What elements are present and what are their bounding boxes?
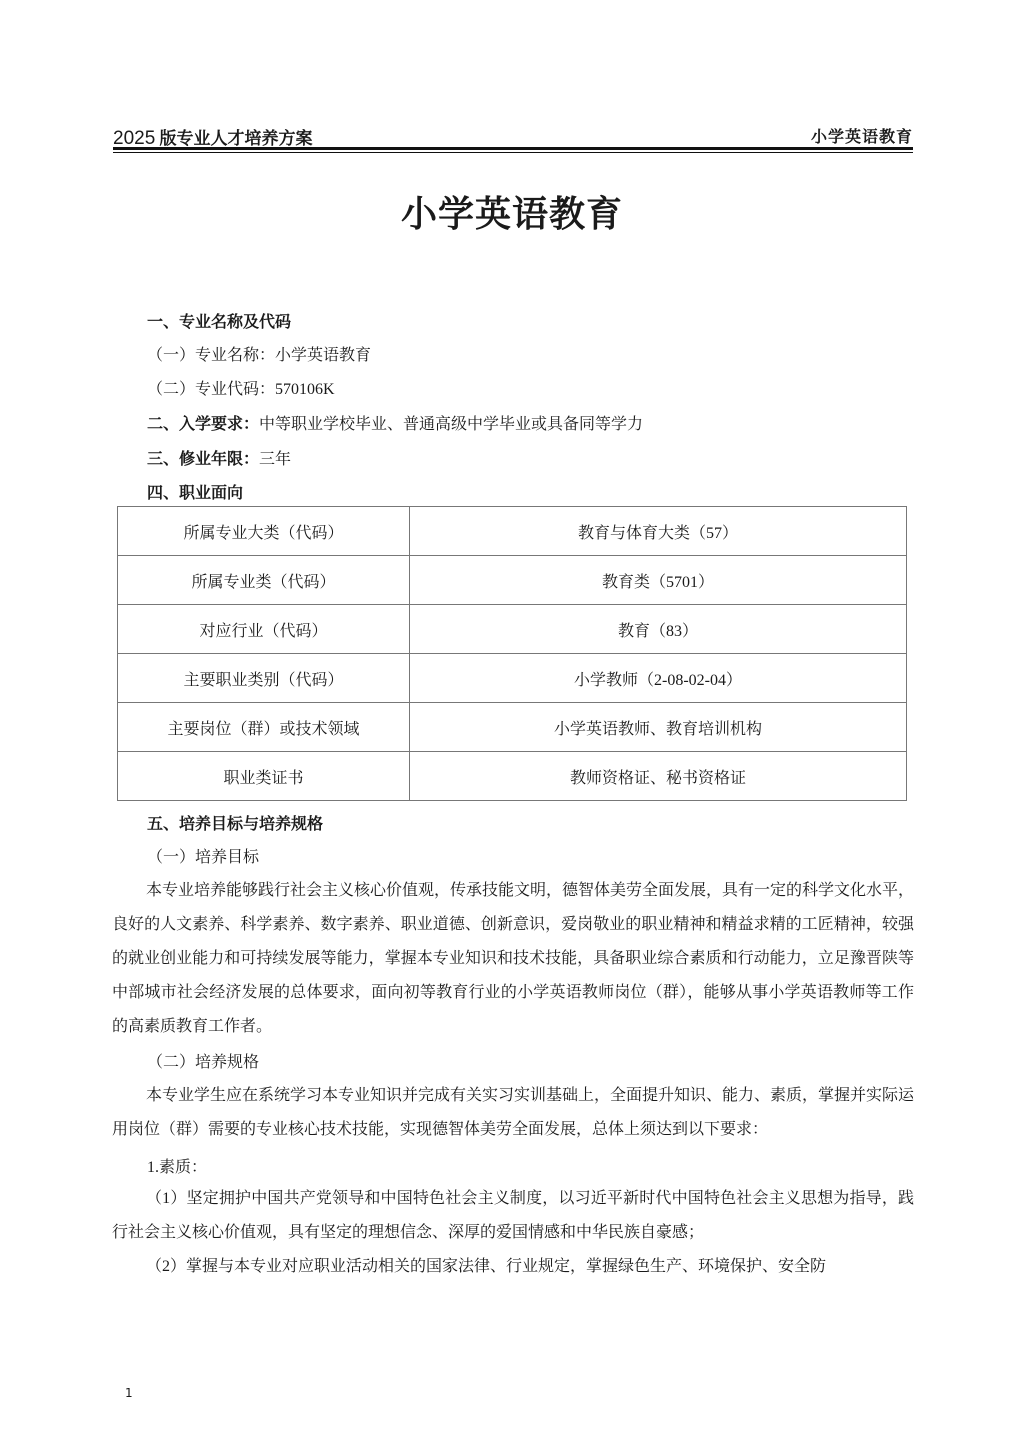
table-row: 所属专业类（代码） 教育类（5701）	[118, 556, 907, 605]
admission-heading: 二、入学要求：	[147, 414, 259, 433]
table-cell-label: 对应行业（代码）	[118, 605, 410, 654]
table-cell-value: 教育与体育大类（57）	[410, 507, 907, 556]
header-rule-thin	[113, 152, 913, 153]
table-row: 主要职业类别（代码） 小学教师（2-08-02-04）	[118, 654, 907, 703]
subheading-training-goal: （一）培养目标	[147, 848, 259, 868]
section-heading-career: 四、职业面向	[147, 483, 243, 503]
page-title: 小学英语教育	[0, 186, 1024, 237]
major-code-line: （二）专业代码：570106K	[147, 380, 335, 400]
table-row: 对应行业（代码） 教育（83）	[118, 605, 907, 654]
career-orientation-table: 所属专业大类（代码） 教育与体育大类（57） 所属专业类（代码） 教育类（570…	[117, 506, 907, 801]
admission-value: 中等职业学校毕业、普通高级中学毕业或具备同等学力	[259, 416, 643, 433]
table-cell-value: 教育（83）	[410, 605, 907, 654]
section-heading-goals: 五、培养目标与培养规格	[147, 814, 323, 834]
table-row: 所属专业大类（代码） 教育与体育大类（57）	[118, 507, 907, 556]
paragraph-training-goal: 本专业培养能够践行社会主义核心价值观，传承技能文明，德智体美劳全面发展，具有一定…	[112, 874, 914, 1044]
table-cell-value: 小学教师（2-08-02-04）	[410, 654, 907, 703]
running-header-right: 小学英语教育	[811, 124, 913, 147]
paragraph-training-spec: 本专业学生应在系统学习本专业知识并完成有关实习实训基础上，全面提升知识、能力、素…	[112, 1079, 914, 1147]
table-cell-label: 主要职业类别（代码）	[118, 654, 410, 703]
table-cell-value: 教育类（5701）	[410, 556, 907, 605]
table-row: 职业类证书 教师资格证、秘书资格证	[118, 752, 907, 801]
table-row: 主要岗位（群）或技术领域 小学英语教师、教育培训机构	[118, 703, 907, 752]
section-admission: 二、入学要求：中等职业学校毕业、普通高级中学毕业或具备同等学力	[147, 414, 643, 435]
table-cell-label: 所属专业大类（代码）	[118, 507, 410, 556]
table-cell-value: 教师资格证、秘书资格证	[410, 752, 907, 801]
section-duration: 三、修业年限：三年	[147, 449, 291, 470]
paragraph-quality-2: （2）掌握与本专业对应职业活动相关的国家法律、行业规定，掌握绿色生产、环境保护、…	[112, 1250, 914, 1284]
item-quality-heading: 1.素质：	[147, 1158, 207, 1178]
table-cell-label: 职业类证书	[118, 752, 410, 801]
table-cell-label: 所属专业类（代码）	[118, 556, 410, 605]
table-cell-value: 小学英语教师、教育培训机构	[410, 703, 907, 752]
major-name-line: （一）专业名称：小学英语教育	[147, 346, 371, 366]
header-year: 2025	[113, 128, 155, 149]
page-number: 1	[125, 1386, 133, 1400]
section-heading-major-name: 一、专业名称及代码	[147, 312, 291, 332]
table-cell-label: 主要岗位（群）或技术领域	[118, 703, 410, 752]
subheading-training-spec: （二）培养规格	[147, 1053, 259, 1073]
duration-heading: 三、修业年限：	[147, 449, 259, 468]
paragraph-quality-1: （1）坚定拥护中国共产党领导和中国特色社会主义制度，以习近平新时代中国特色社会主…	[112, 1182, 914, 1250]
duration-value: 三年	[259, 451, 291, 468]
header-rule-thick	[113, 147, 913, 150]
header-doc-name: 版专业人才培养方案	[160, 129, 313, 148]
